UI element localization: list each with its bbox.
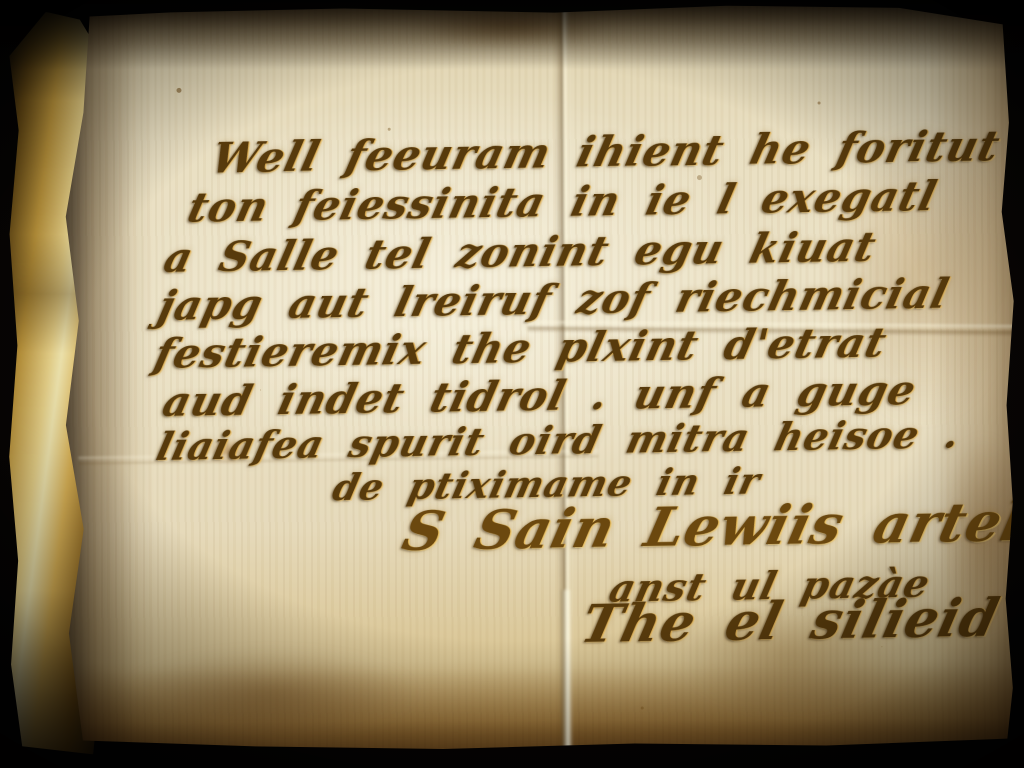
manuscript-line-11: The el silieid: [575, 587, 1005, 655]
manuscript-signature-line: S Sain Lewiis artel: [397, 489, 1024, 563]
handwritten-text: Well feeuram ihient he foritut ton feies…: [56, 3, 1018, 752]
manuscript-page: Well feeuram ihient he foritut ton feies…: [56, 3, 1018, 752]
photo-of-aged-manuscript: Well feeuram ihient he foritut ton feies…: [0, 0, 1024, 768]
